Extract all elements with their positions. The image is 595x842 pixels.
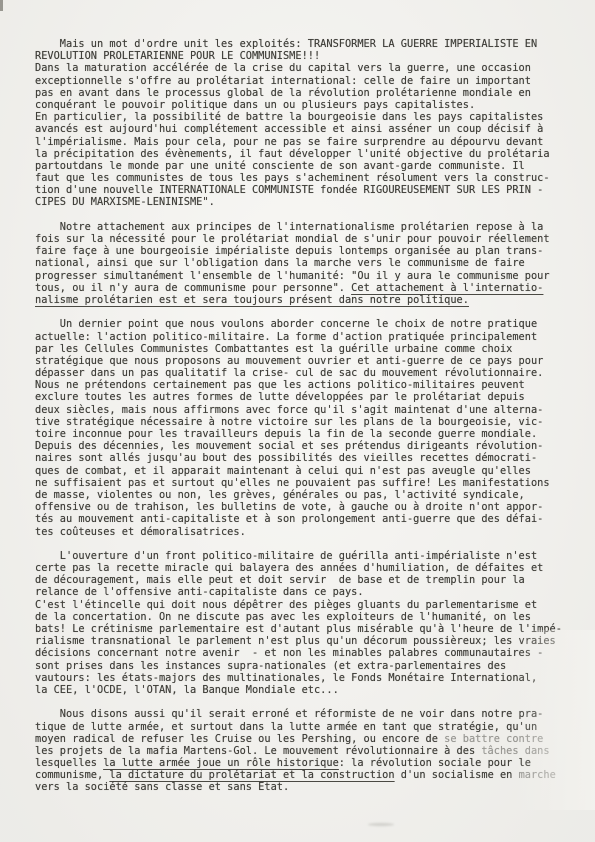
text-line: bats! Le crétinisme parlementaire est d'…	[35, 623, 562, 635]
text-line: fois sur la nécessité pour le prolétaria…	[35, 233, 562, 245]
text-segment: l'impérialisme. Mais pour cela, pour ne …	[35, 136, 543, 148]
text-line: national, ainsi que sur l'obligation dan…	[35, 257, 562, 269]
underlined-text-segment: la lutte armée joue un rôle historique	[103, 757, 339, 769]
text-line: la CEE, l'OCDE, l'OTAN, la Banque Mondia…	[35, 684, 562, 696]
text-line: faut que les communistes de tous les pay…	[35, 172, 562, 184]
text-segment: Notre attachement aux principes de l'int…	[35, 221, 543, 233]
text-line: ques de combat, et il apparait maintenan…	[35, 465, 562, 477]
text-line: progresser simultanément l'ensemble de l…	[35, 270, 562, 282]
underlined-text-segment: Cet attachement à l'internatio-	[351, 282, 543, 294]
text-line: nalisme prolétarien est et sera toujours…	[35, 294, 562, 306]
text-line: Dans la maturation accélérée de la crise…	[35, 62, 562, 74]
text-line: tive stratégique nécessaire à notre vict…	[35, 416, 562, 428]
text-segment: national, ainsi que sur l'obligation dan…	[35, 257, 525, 269]
text-segment: Dans la maturation accélérée de la crise…	[35, 62, 531, 74]
text-line: Depuis des décennies, les mouvement soci…	[35, 440, 562, 452]
scan-artifact-corner	[0, 0, 3, 11]
text-line: de découragement, mais elle peut et doit…	[35, 574, 562, 586]
text-line: moyen radical de refuser les Cruise ou l…	[35, 733, 562, 745]
text-segment: vautours: les états-majors des multinati…	[35, 672, 537, 684]
text-segment: tion d'une nouvelle INTERNATIONALE COMMU…	[35, 184, 543, 196]
text-segment: progresser simultanément l'ensemble de l…	[35, 270, 550, 282]
text-segment: ne suffisaient pas et surtout qu'elles n…	[35, 477, 550, 489]
text-segment: sont prises dans les instances supra-nat…	[35, 660, 506, 672]
paragraph: Notre attachement aux principes de l'int…	[35, 221, 562, 306]
text-line: REVOLUTION PROLETARIENNE POUR LE COMMUNI…	[35, 50, 562, 62]
text-line: conquérant le pouvoir politique dans un …	[35, 99, 562, 111]
text-line: offensive ou de trahison, les bulletins …	[35, 501, 562, 513]
text-segment: vers la société sans classe et sans Etat…	[35, 781, 289, 793]
text-line: par les Cellules Communistes Combattante…	[35, 343, 562, 355]
text-segment: relance de l'offensive anti-capitaliste …	[35, 586, 364, 598]
text-segment: CIPES DU MARXISME-LENINISME".	[35, 196, 215, 208]
text-line: exclure toutes les autres formes de lutt…	[35, 391, 562, 403]
text-segment: Un dernier point que nous voulons aborde…	[35, 318, 537, 330]
text-line: l'impérialisme. Mais pour cela, pour ne …	[35, 136, 562, 148]
text-line: rialisme transnational le parlement n'es…	[35, 635, 562, 647]
text-segment: moyen radical de refuser les Cruise ou l…	[35, 733, 444, 745]
text-line: relance de l'offensive anti-capitaliste …	[35, 586, 562, 598]
text-line: stratégique que nous proposons au mouvem…	[35, 355, 562, 367]
text-segment: les projets de la mafia Martens-Gol. Le …	[35, 745, 481, 757]
text-segment: tés au mouvement anti-capitaliste et à s…	[35, 513, 543, 525]
text-segment: de masse, violentes ou non, les grèves, …	[35, 489, 525, 501]
text-segment: tâches dans	[481, 745, 549, 757]
text-segment: Nous ne prétendons certainement pas que …	[35, 379, 525, 391]
text-segment: tique de lutte armée, et surtout dans la…	[35, 721, 537, 733]
text-segment: REVOLUTION PROLETARIENNE POUR LE COMMUNI…	[35, 50, 320, 62]
text-line: tous, ou il n'y aura de communisme pour …	[35, 282, 562, 294]
text-segment: bats! Le crétinisme parlementaire est d'…	[35, 623, 562, 635]
text-segment: toire inconnue pour les travailleurs dep…	[35, 428, 537, 440]
text-segment: tive stratégique nécessaire à notre vict…	[35, 416, 543, 428]
text-segment: avancés est aujourd'hui complétement acc…	[35, 123, 543, 135]
text-segment: de la concertation. On ne discute pas av…	[35, 611, 531, 623]
text-segment: Depuis des décennies, les mouvement soci…	[35, 440, 543, 452]
text-line: Nous ne prétendons certainement pas que …	[35, 379, 562, 391]
text-line: actuelle: l'action politico-militaire. L…	[35, 331, 562, 343]
text-line: communisme, la dictature du prolétariat …	[35, 769, 562, 781]
paragraph: Un dernier point que nous voulons aborde…	[35, 318, 562, 537]
text-segment: pas en avant dans le processus global de…	[35, 87, 531, 99]
text-segment: Nous disons aussi qu'il serait erroné et…	[35, 708, 543, 720]
text-line: L'ouverture d'un front politico-militair…	[35, 550, 562, 562]
paragraph: Mais un mot d'ordre unit les exploités: …	[35, 38, 562, 209]
text-line: exceptionnelle s'offre au prolétariat in…	[35, 75, 562, 87]
text-segment: par les Cellules Communistes Combattante…	[35, 343, 512, 355]
text-line: partoutdans le monde par une unité consc…	[35, 160, 562, 172]
text-line: tes coûteuses et démoralisatrices.	[35, 526, 562, 538]
text-segment: actuelle: l'action politico-militaire. L…	[35, 331, 537, 343]
text-segment: tous, ou il n'y aura de communisme pour …	[35, 282, 351, 294]
text-line: de la concertation. On ne discute pas av…	[35, 611, 562, 623]
text-line: lesquelles la lutte armée joue un rôle h…	[35, 757, 562, 769]
text-segment: conquérant le pouvoir politique dans un …	[35, 99, 475, 111]
text-segment: faut que les communistes de tous les pay…	[35, 172, 550, 184]
text-segment: stratégique que nous proposons au mouvem…	[35, 355, 543, 367]
paragraph: Nous disons aussi qu'il serait erroné et…	[35, 708, 562, 793]
text-segment: fois sur la nécessité pour le prolétaria…	[35, 233, 550, 245]
text-line: pas en avant dans le processus global de…	[35, 87, 562, 99]
text-segment: la CEE, l'OCDE, l'OTAN, la Banque Mondia…	[35, 684, 339, 696]
text-segment: se battre contre	[444, 733, 543, 745]
text-line: vautours: les états-majors des multinati…	[35, 672, 562, 684]
text-line: décisions concernant notre avenir - et n…	[35, 647, 562, 659]
text-segment: certe pas la recette miracle qui balayer…	[35, 562, 543, 574]
text-segment: de découragement, mais elle peut et doit…	[35, 574, 525, 586]
text-segment: exceptionnelle s'offre au prolétariat in…	[35, 75, 531, 87]
text-segment: communisme,	[35, 769, 109, 781]
text-line: Nous disons aussi qu'il serait erroné et…	[35, 708, 562, 720]
text-segment: Mais un mot d'ordre unit les exploités: …	[35, 38, 537, 50]
text-segment: : la révolution sociale pour le	[339, 757, 531, 769]
text-segment: C'est l'étincelle qui doit nous dépêtrer…	[35, 599, 537, 611]
text-line: de masse, violentes ou non, les grèves, …	[35, 489, 562, 501]
text-segment: deux siècles, mais nous affirmons avec f…	[35, 404, 543, 416]
document-page: Mais un mot d'ordre unit les exploités: …	[0, 0, 595, 842]
text-line: avancés est aujourd'hui complétement acc…	[35, 123, 562, 135]
text-segment: L'ouverture d'un front politico-militair…	[35, 550, 537, 562]
text-line: Mais un mot d'ordre unit les exploités: …	[35, 38, 562, 50]
text-segment: dépasser dans un pas qualitatif la crise…	[35, 367, 543, 379]
text-line: dépasser dans un pas qualitatif la crise…	[35, 367, 562, 379]
text-segment: décisions concernant notre avenir - et n…	[35, 647, 543, 659]
text-segment: rialisme transnational le parlement n'es…	[35, 635, 556, 647]
paragraph: L'ouverture d'un front politico-militair…	[35, 550, 562, 696]
text-line: C'est l'étincelle qui doit nous dépêtrer…	[35, 599, 562, 611]
text-line: sont prises dans les instances supra-nat…	[35, 660, 562, 672]
text-segment: marche	[519, 769, 556, 781]
text-segment: offensive ou de trahison, les bulletins …	[35, 501, 543, 513]
text-line: tion d'une nouvelle INTERNATIONALE COMMU…	[35, 184, 562, 196]
text-segment: la précipitation des évènements, il faut…	[35, 148, 550, 160]
text-segment: exclure toutes les autres formes de lutt…	[35, 391, 525, 403]
text-segment: tes coûteuses et démoralisatrices.	[35, 526, 246, 538]
text-line: les projets de la mafia Martens-Gol. Le …	[35, 745, 562, 757]
text-line: CIPES DU MARXISME-LENINISME".	[35, 196, 562, 208]
text-segment: d'un socialisme en	[395, 769, 519, 781]
text-segment: faire façe à une bourgeoisie impérialist…	[35, 245, 543, 257]
text-line: tique de lutte armée, et surtout dans la…	[35, 721, 562, 733]
text-line: certe pas la recette miracle qui balayer…	[35, 562, 562, 574]
text-line: Un dernier point que nous voulons aborde…	[35, 318, 562, 330]
text-segment: ques de combat, et il apparait maintenan…	[35, 465, 531, 477]
text-line: toire inconnue pour les travailleurs dep…	[35, 428, 562, 440]
scan-smudge	[368, 823, 394, 826]
text-line: faire façe à une bourgeoisie impérialist…	[35, 245, 562, 257]
text-line: la précipitation des évènements, il faut…	[35, 148, 562, 160]
text-line: vers la société sans classe et sans Etat…	[35, 781, 562, 793]
underlined-text-segment: nalisme prolétarien est et sera toujours…	[35, 294, 469, 306]
text-line: ne suffisaient pas et surtout qu'elles n…	[35, 477, 562, 489]
text-segment: En particulier, la possibilité de battre…	[35, 111, 543, 123]
text-line: naires sont allés jusqu'au bout des poss…	[35, 452, 562, 464]
text-segment: partoutdans le monde par une unité consc…	[35, 160, 525, 172]
text-line: Notre attachement aux principes de l'int…	[35, 221, 562, 233]
typewritten-text-block: Mais un mot d'ordre unit les exploités: …	[35, 38, 562, 794]
text-segment: lesquelles	[35, 757, 103, 769]
underlined-text-segment: la dictature du prolétariat et la constr…	[109, 769, 394, 781]
text-segment: naires sont allés jusqu'au bout des poss…	[35, 452, 537, 464]
text-line: deux siècles, mais nous affirmons avec f…	[35, 404, 562, 416]
text-line: tés au mouvement anti-capitaliste et à s…	[35, 513, 562, 525]
text-line: En particulier, la possibilité de battre…	[35, 111, 562, 123]
